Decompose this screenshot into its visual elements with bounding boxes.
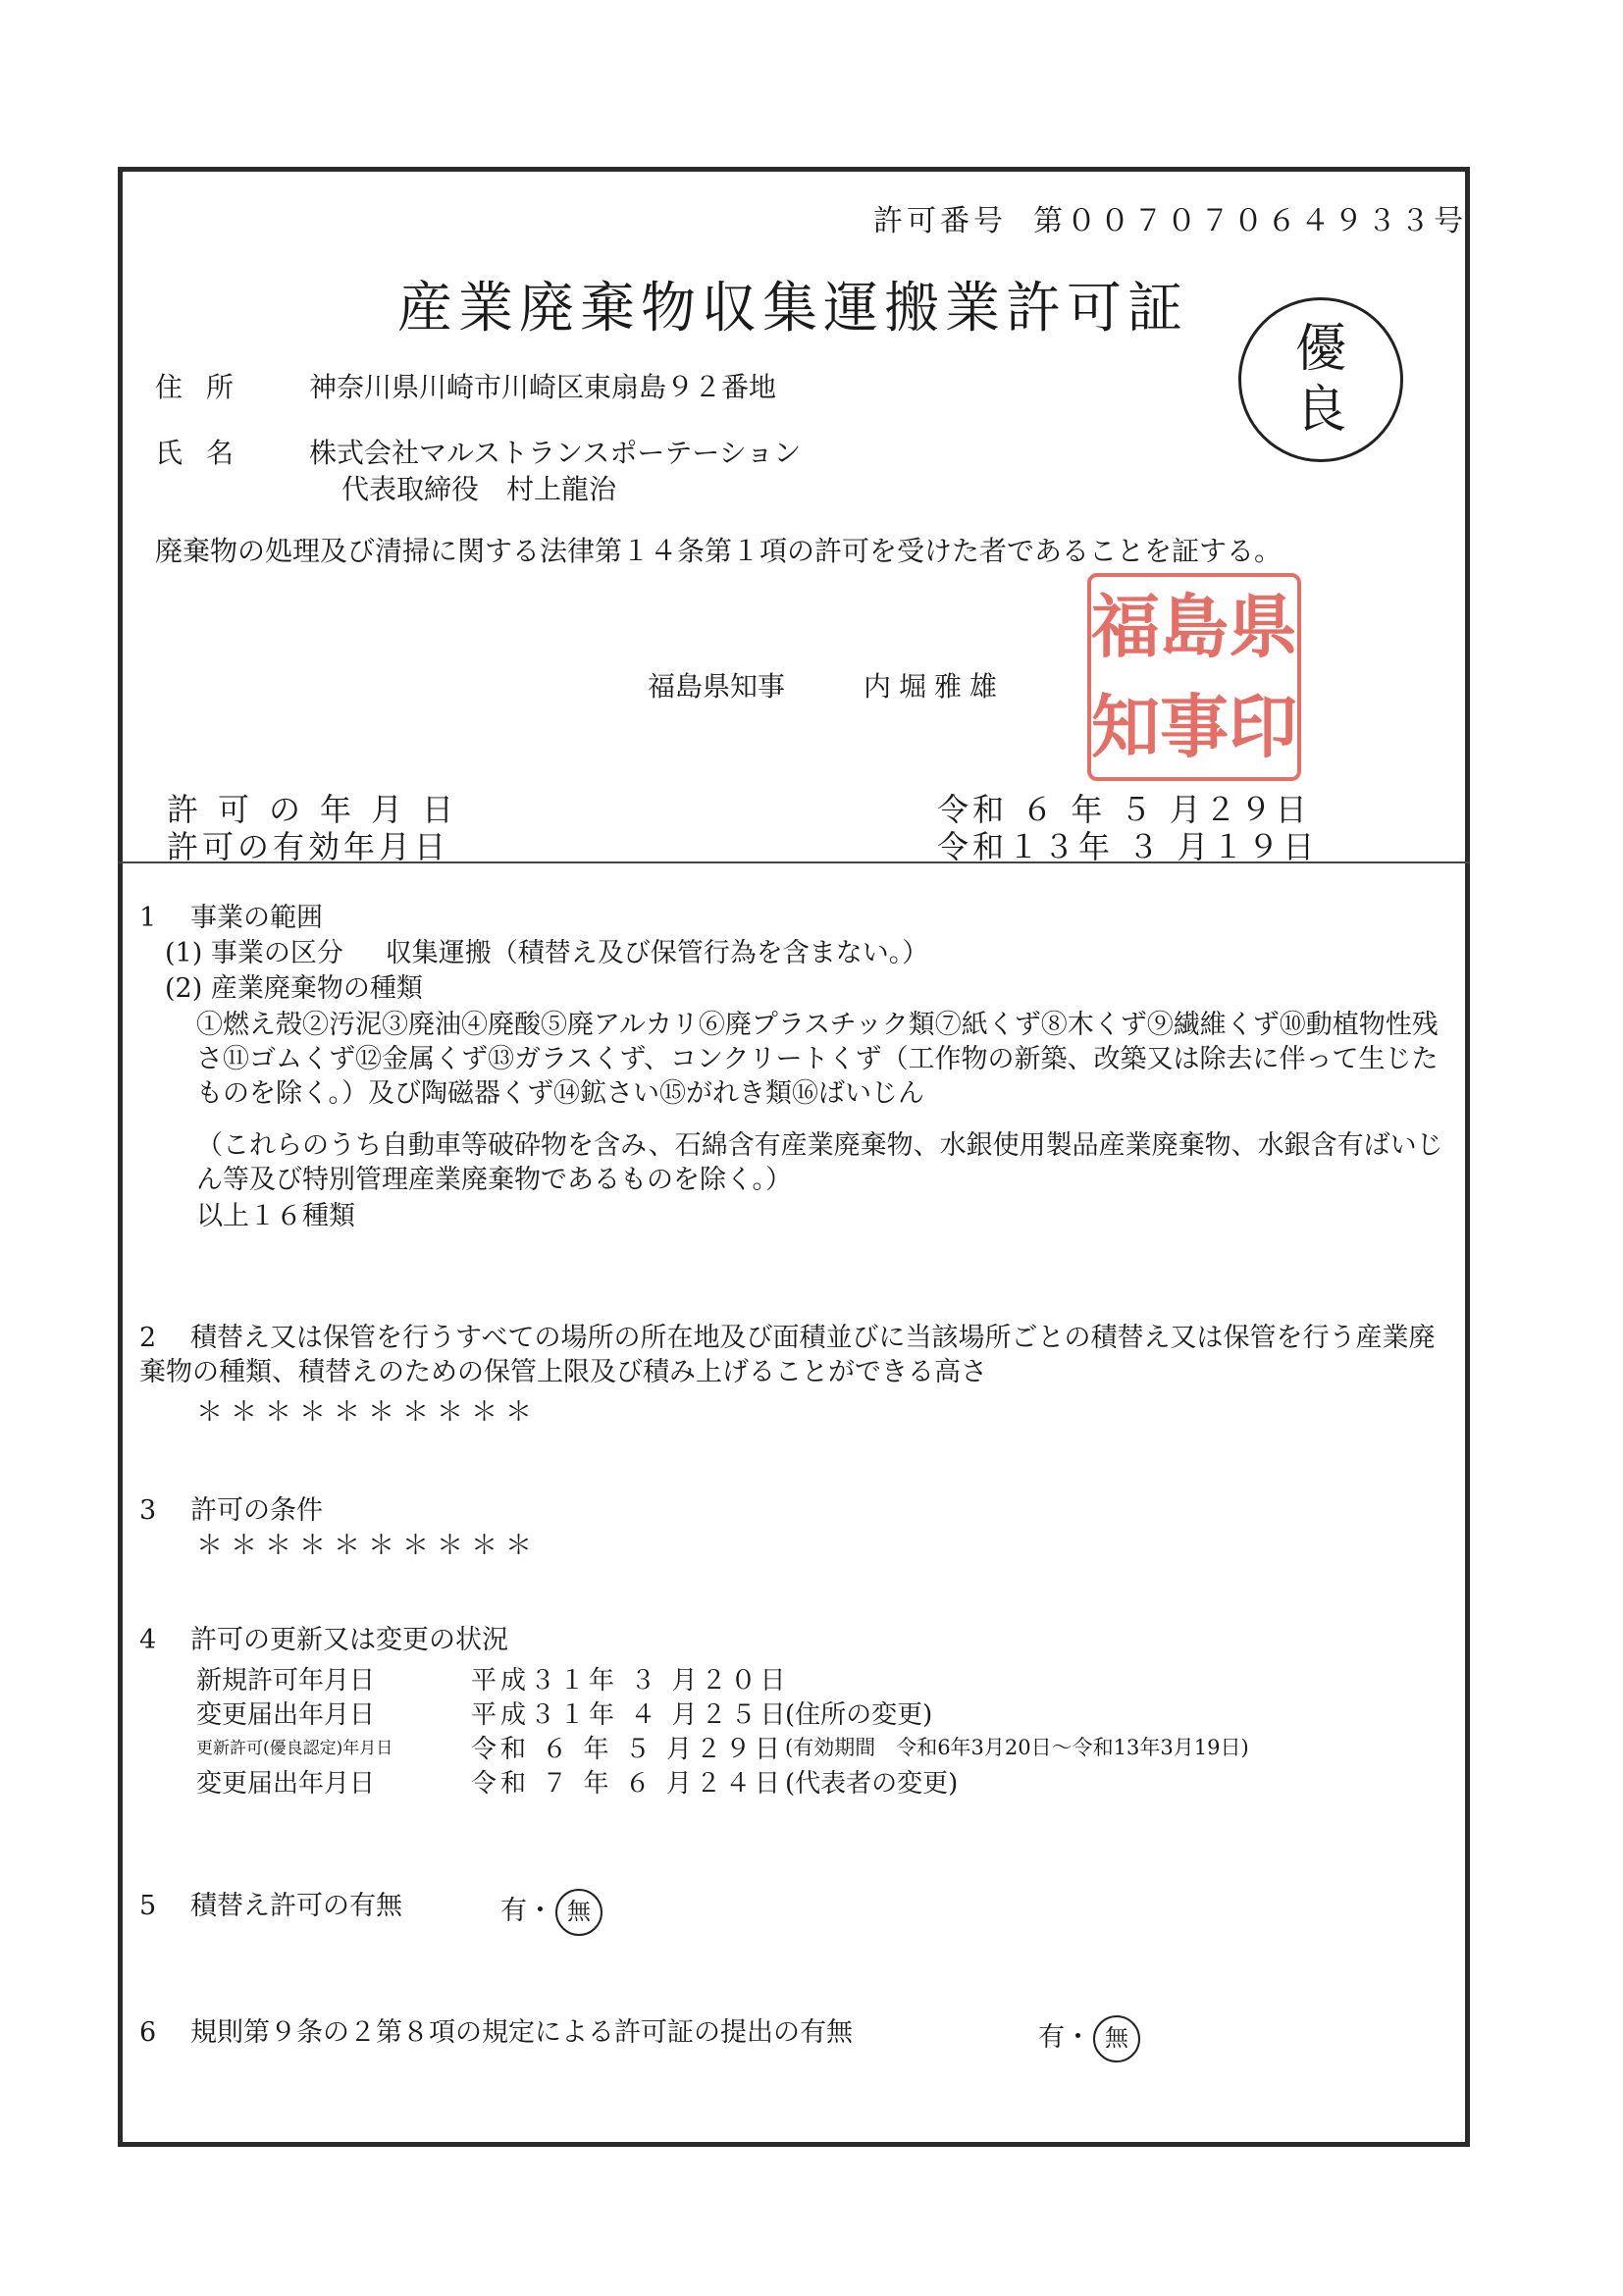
section-2-value: ＊＊＊＊＊＊＊＊＊＊ xyxy=(196,1395,540,1431)
seal-char: 事 xyxy=(1160,693,1229,761)
waste-types-total: 以上１６種類 xyxy=(196,1199,355,1234)
seal-char: 島 xyxy=(1160,593,1229,661)
badge-char-2: 良 xyxy=(1295,380,1346,441)
certification-statement: 廃棄物の処理及び清掃に関する法律第１４条第１項の許可を受けた者であることを証する… xyxy=(155,530,1282,569)
waste-types-list: ①燃え殻②汚泥③廃油④廃酸⑤廃アルカリ⑥廃プラスチック類⑦紙くず⑧木くず⑨繊維く… xyxy=(196,1008,1462,1111)
seal-char: 印 xyxy=(1229,693,1297,761)
document-title: 産業廃棄物収集運搬業許可証 xyxy=(397,265,1188,343)
business-category-value: 収集運搬（積替え及び保管行為を含まない。） xyxy=(386,938,929,968)
section-4-heading: 4許可の更新又は変更の状況 xyxy=(139,1623,508,1658)
seal-char: 福 xyxy=(1091,593,1160,661)
section-3-value: ＊＊＊＊＊＊＊＊＊＊ xyxy=(196,1529,540,1564)
waste-exclusions: （これらのうち自動車等破砕物を含み、石綿含有産業廃棄物、水銀使用製品産業廃棄物、… xyxy=(196,1128,1462,1197)
address-label: 住所 xyxy=(155,366,257,405)
permit-submission-options: 有・無 xyxy=(1038,2015,1140,2062)
section-6-text: 6規則第９条の２第８項の規定による許可証の提出の有無 xyxy=(139,2015,853,2051)
option-yes: 有 xyxy=(1038,2022,1065,2053)
history-date: 平成３１年 ３ 月２０日 xyxy=(471,1660,790,1696)
issuer-name: 内堀雅雄 xyxy=(864,665,1005,704)
section-1-heading: 1事業の範囲 xyxy=(139,901,323,936)
permit-number-value: 第００７０７０６４９３３号 xyxy=(1033,204,1467,238)
representative: 代表取締役 村上龍治 xyxy=(341,468,616,507)
section-2-text: 2積替え又は保管を行うすべての場所の所在地及び面積並びに当該場所ごとの積替え又は… xyxy=(139,1321,1454,1389)
waste-types-heading: (2) 産業廃棄物の種類 xyxy=(165,971,423,1007)
option-no-circled: 無 xyxy=(555,1889,602,1936)
business-category-label: (1) 事業の区分 xyxy=(165,938,343,968)
section-divider xyxy=(118,861,1470,863)
history-date: 令和 ６ 年 ５ 月２９日 xyxy=(471,1729,784,1765)
section-5-text: 5積替え許可の有無 xyxy=(139,1889,402,1924)
address-value: 神奈川県川崎市川崎区東扇島９２番地 xyxy=(309,366,776,405)
history-label: 新規許可年月日 xyxy=(196,1660,375,1696)
seal-char: 県 xyxy=(1229,593,1297,661)
history-label: 変更届出年月日 xyxy=(196,1695,375,1731)
permit-number-label: 許可番号 xyxy=(873,204,1007,238)
issuer-title: 福島県知事 xyxy=(648,665,785,704)
permit-number: 許可番号 第００７０７０６４９３３号 xyxy=(873,196,1467,239)
transshipment-permit-options: 有・無 xyxy=(500,1889,602,1936)
section-3-heading: 3許可の条件 xyxy=(139,1493,323,1529)
name-label: 氏名 xyxy=(155,432,257,471)
company-name: 株式会社マルストランスポーテーション xyxy=(309,432,801,471)
badge-char-1: 優 xyxy=(1295,319,1346,380)
option-yes: 有 xyxy=(500,1896,527,1926)
option-no-circled: 無 xyxy=(1093,2015,1140,2062)
history-note: (住所の変更) xyxy=(785,1695,932,1731)
history-note: (代表者の変更) xyxy=(785,1763,958,1800)
business-category: (1) 事業の区分 収集運搬（積替え及び保管行為を含まない。） xyxy=(165,936,928,971)
seal-char: 知 xyxy=(1091,693,1160,761)
history-date: 令和 ７ 年 ６ 月２４日 xyxy=(471,1763,784,1800)
excellent-certification-badge: 優 良 xyxy=(1238,297,1403,462)
history-label: 変更届出年月日 xyxy=(196,1763,375,1800)
history-date: 平成３１年 ４ 月２５日 xyxy=(471,1695,790,1731)
governor-seal-stamp: 県 印 島 事 福 知 xyxy=(1087,573,1301,781)
history-note: (有効期間 令和6年3月20日～令和13年3月19日) xyxy=(785,1732,1249,1761)
history-label: 更新許可(優良認定)年月日 xyxy=(196,1734,393,1758)
